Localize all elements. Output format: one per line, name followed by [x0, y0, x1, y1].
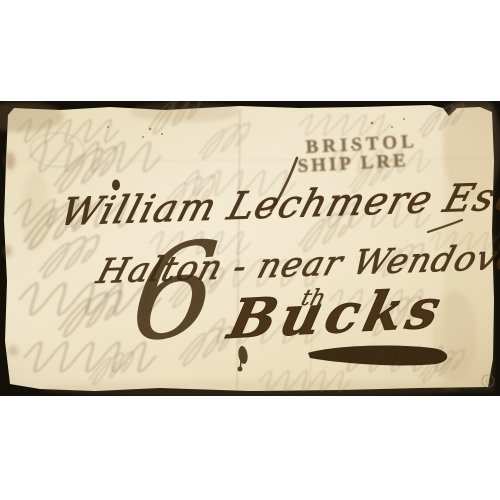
cover-illustration: BRISTOL SHIP LRE William Lechmere Esqr H…	[0, 101, 500, 396]
county-line: Bucks	[221, 276, 451, 351]
corner-mark-digit: 6	[486, 377, 491, 387]
postmark-bristol-ship-letter: BRISTOL SHIP LRE	[297, 131, 418, 177]
postal-cover-photo: BRISTOL SHIP LRE William Lechmere Esqr H…	[0, 101, 500, 396]
rate-mark-6: 6	[125, 213, 225, 372]
